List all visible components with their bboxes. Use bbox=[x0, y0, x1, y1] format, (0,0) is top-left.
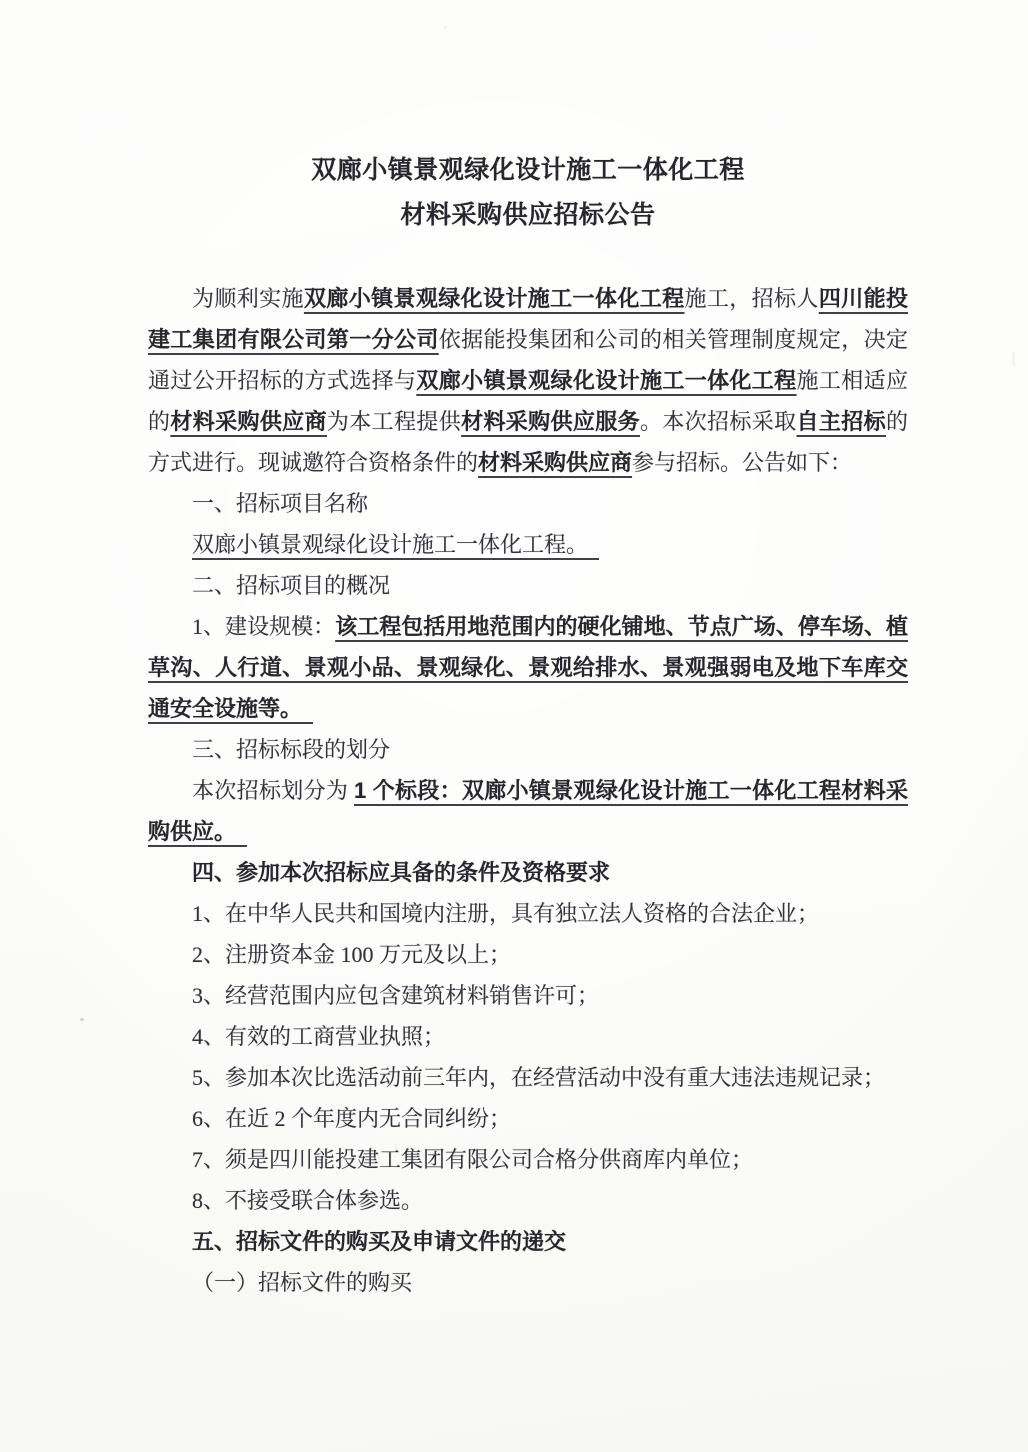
section5-heading: 五、招标文件的购买及申请文件的递交 bbox=[148, 1221, 908, 1262]
emphasized-text-run bbox=[577, 532, 599, 557]
document-body: 为顺利实施双廊小镇景观绿化设计施工一体化工程施工，招标人四川能投建工集团有限公司… bbox=[148, 278, 908, 1303]
text-run: 为顺利实施 bbox=[192, 286, 304, 311]
requirement-item-5: 5、参加本次比选活动前三年内，在经营活动中没有重大违法违规记录； bbox=[148, 1057, 908, 1098]
intro-paragraph: 为顺利实施双廊小镇景观绿化设计施工一体化工程施工，招标人四川能投建工集团有限公司… bbox=[148, 278, 908, 483]
document-content: 双廊小镇景观绿化设计施工一体化工程 材料采购供应招标公告 为顺利实施双廊小镇景观… bbox=[148, 0, 908, 1303]
requirement-item-7: 7、须是四川能投建工集团有限公司合格分供商库内单位； bbox=[148, 1139, 908, 1180]
emphasized-text-run: 材料采购供应服务 bbox=[461, 409, 640, 434]
construction-scale-paragraph: 1、建设规模：该工程包括用地范围内的硬化铺地、节点广场、停车场、植草沟、人行道、… bbox=[148, 606, 908, 729]
text-run: 参与招标。公告如下： bbox=[632, 450, 852, 475]
document-title-line1: 双廊小镇景观绿化设计施工一体化工程 bbox=[148, 148, 908, 193]
requirement-item-1: 1、在中华人民共和国境内注册，具有独立法人资格的合法企业； bbox=[148, 893, 908, 934]
bid-section-paragraph: 本次招标划分为 1 个标段：双廊小镇景观绿化设计施工一体化工程材料采购供应。 bbox=[148, 770, 908, 852]
text-run: 1、建设规模： bbox=[192, 614, 335, 639]
emphasized-text-run bbox=[291, 696, 313, 721]
document-title-line2: 材料采购供应招标公告 bbox=[148, 193, 908, 238]
text-run: 为本工程提供 bbox=[327, 409, 461, 434]
section5-sub-heading: （一）招标文件的购买 bbox=[148, 1262, 908, 1303]
emphasized-text-run: 材料采购供应商 bbox=[170, 409, 327, 434]
section1-heading: 一、招标项目名称 bbox=[148, 483, 908, 524]
requirement-item-6: 6、在近 2 个年度内无合同纠纷； bbox=[148, 1098, 908, 1139]
emphasized-text-run: 双廊小镇景观绿化设计施工一体化工程。 bbox=[192, 532, 577, 557]
requirement-item-4: 4、有效的工商营业执照； bbox=[148, 1016, 908, 1057]
emphasized-text-run: 双廊小镇景观绿化设计施工一体化工程 bbox=[304, 286, 685, 311]
emphasized-text-run: 双廊小镇景观绿化设计施工一体化工程 bbox=[416, 368, 796, 393]
requirement-item-3: 3、经营范围内应包含建筑材料销售许可； bbox=[148, 975, 908, 1016]
emphasized-text-run: 自主招标 bbox=[797, 409, 886, 434]
section4-heading: 四、参加本次招标应具备的条件及资格要求 bbox=[148, 852, 908, 893]
text-run: 本次招标划分为 bbox=[192, 778, 354, 803]
scan-speck bbox=[1012, 352, 1015, 366]
emphasized-text-run bbox=[225, 819, 247, 844]
section2-heading: 二、招标项目的概况 bbox=[148, 565, 908, 606]
section3-heading: 三、招标标段的划分 bbox=[148, 729, 908, 770]
requirement-item-8: 8、不接受联合体参选。 bbox=[148, 1180, 908, 1221]
scan-speck bbox=[80, 1018, 84, 1021]
text-run: 施工，招标人 bbox=[685, 286, 819, 311]
document-title: 双廊小镇景观绿化设计施工一体化工程 材料采购供应招标公告 bbox=[148, 148, 908, 238]
emphasized-text-run: 材料采购供应商 bbox=[478, 450, 632, 475]
project-name-line: 双廊小镇景观绿化设计施工一体化工程。 bbox=[148, 524, 908, 565]
text-run: 。本次招标采取 bbox=[640, 409, 797, 434]
requirement-item-2: 2、注册资本金 100 万元及以上； bbox=[148, 934, 908, 975]
scanned-document-page: 双廊小镇景观绿化设计施工一体化工程 材料采购供应招标公告 为顺利实施双廊小镇景观… bbox=[0, 0, 1028, 1452]
